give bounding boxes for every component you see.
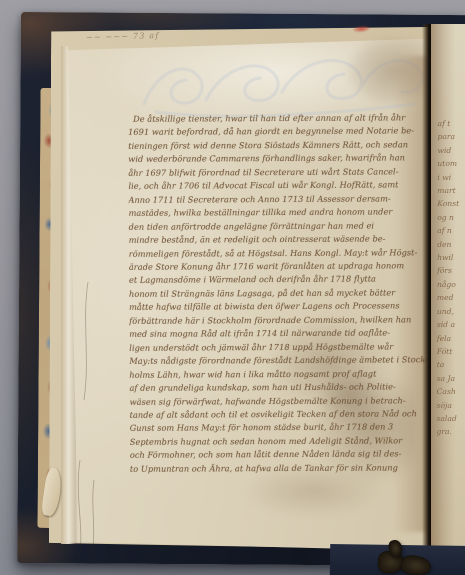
- text-line: Gunst som Hans May:t för honom städse bu…: [130, 421, 430, 436]
- text-line: ärade Store Konung åhr 1716 warit föranl…: [129, 259, 429, 274]
- facing-page-text: af tparawidutomi wimartKonstog naf ndenh…: [436, 117, 465, 445]
- text-line: med sina mogna Råd alt ifrån 1714 til nä…: [129, 326, 429, 341]
- text-line: fela: [437, 331, 465, 345]
- text-line: i wi: [437, 171, 465, 185]
- text-line: den: [437, 238, 465, 252]
- text-line: hwil: [437, 251, 465, 265]
- text-line: sa Ja: [437, 372, 465, 386]
- text-line: måtte hafwa tilfälle at biwista den öfwe…: [129, 300, 429, 315]
- binding-threads: [60, 280, 120, 570]
- text-line: Cash: [437, 385, 465, 399]
- text-line: salad: [436, 412, 465, 426]
- text-line: og n: [437, 211, 465, 225]
- text-line: utom: [437, 157, 465, 171]
- text-line: lie, och åhr 1706 til Advocat Fiscal uti…: [128, 178, 428, 193]
- text-line: med: [437, 291, 465, 305]
- text-line: para: [437, 130, 465, 144]
- manuscript-photo: ~~ ~~~ 73 af De åtskillige tienster, hwa…: [0, 0, 465, 575]
- text-line: mindre bestånd, än et redeligit och oint…: [129, 232, 429, 247]
- text-line: förs: [437, 264, 465, 278]
- text-line: ta: [437, 358, 465, 372]
- text-line: och Förmohner, och som han låtit denne N…: [130, 448, 430, 463]
- text-line: Fött: [437, 345, 465, 359]
- manuscript-text-block: De åtskillige tienster, hwar til han tid…: [128, 111, 430, 477]
- text-line: wid wederbörande Cammarens förhandlings …: [128, 152, 428, 167]
- text-line: gra.: [436, 425, 465, 439]
- text-line: af den grundeliga kundskap, som han uti …: [129, 380, 429, 395]
- text-line: mart: [437, 184, 465, 198]
- text-line: af t: [438, 117, 465, 131]
- text-line: sid a: [437, 318, 465, 332]
- text-line: mastädes, hwilka beställningar tillika m…: [129, 205, 429, 220]
- text-line: to Upmuntran och Ähra, at hafwa alla de …: [130, 461, 430, 476]
- text-line: söja: [437, 398, 465, 412]
- text-line: af n: [437, 224, 465, 238]
- text-line: Konst: [437, 197, 465, 211]
- text-line: wid: [437, 144, 465, 158]
- text-line: und,: [437, 305, 465, 319]
- text-line: någo: [437, 278, 465, 292]
- text-line: May:ts nådigste förordnande förestådt La…: [129, 353, 429, 368]
